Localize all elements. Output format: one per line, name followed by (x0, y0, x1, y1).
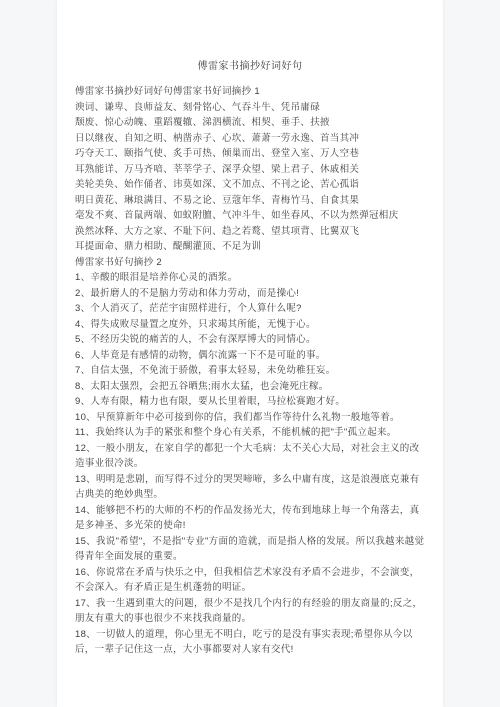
sentence-item: 4、得失成败尽量置之度外，只求竭其所能，无愧于心。 (75, 317, 429, 333)
word-line: 毫发不爽、首鼠两端、如蚁附膻、气冲斗牛、如坐春风、不以为然弹冠相庆 (75, 208, 429, 224)
word-line: 谀词、谦卑、良师益友、刻骨铭心、气吞斗牛、凭吊庸碌 (75, 100, 429, 116)
word-line: 明日黄花、琳琅满目、不易之论、豆蔻年华、青梅竹马、自食其果 (75, 193, 429, 209)
section-1-heading: 傅雷家书摘抄好词好句傅雷家书好词摘抄 1 (75, 84, 429, 100)
sentence-item: 15、我说"希望"，不是指"专业"方面的造就，而是指人格的发展。所以我越来越觉得… (75, 534, 429, 565)
sentence-item: 8、太阳太强烈，会把五谷晒焦;雨水太猛，也会淹死庄稼。 (75, 379, 429, 395)
sentence-item: 11、我始终认为手的紧张和整个身心有关系，不能机械的把"手"孤立起来。 (75, 425, 429, 441)
document-page: 傅雷家书摘抄好词好句 傅雷家书摘抄好词好句傅雷家书好词摘抄 1 谀词、谦卑、良师… (57, 0, 443, 707)
sentence-item: 16、你说常在矛盾与快乐之中，但我相信艺术家没有矛盾不会进步，不会演变，不会深入… (75, 565, 429, 596)
word-line: 日以继夜、自知之明、枘凿赤子、心坎、萧萧一劳永逸、首当其冲 (75, 131, 429, 147)
sentence-item: 14、能够把不朽的大师的不朽的作品发扬光大，传布到地球上每一个角落去，真是多神圣… (75, 503, 429, 534)
sentence-item: 6、人毕竟是有感情的动物，偶尔流露一下不是可耻的事。 (75, 348, 429, 364)
word-line: 巧夺天工、颐指气使、炙手可热、倾巢而出、登堂入室、万人空巷 (75, 146, 429, 162)
sentence-item: 13、明明是悲剧，而写得不过分的哭哭啼啼，多么中庸有度，这是浪漫底克兼有古典美的… (75, 472, 429, 503)
sentence-item: 3、个人消灭了，茫茫宇宙照样进行，个人算什么呢? (75, 301, 429, 317)
word-line: 颓废、惊心动魄、重蹈覆辙、涕泗横流、相契、垂手、扶掖 (75, 115, 429, 131)
word-line: 涣然冰释、大方之家、不耻下问、趋之若鹜、望其项背、比翼双飞 (75, 224, 429, 240)
word-line: 耳提面命、鼎力相助、醍醐灌顶、不足为训 (75, 239, 429, 255)
section-2-heading: 傅雷家书好句摘抄 2 (75, 255, 429, 271)
word-line: 耳熟能详、万马齐喑、莘莘学子、深孚众望、梁上君子、休戚相关 (75, 162, 429, 178)
sentence-item: 17、我一生遇到重大的问题，很少不是找几个内行的有经验的朋友商量的;反之，朋友有… (75, 596, 429, 627)
word-line: 美轮美奂、始作俑者、讳莫如深、文不加点、不刊之论、苦心孤诣 (75, 177, 429, 193)
sentence-item: 2、最折磨人的不是脑力劳动和体力劳动，而是操心! (75, 286, 429, 302)
sentence-item: 18、一切做人的道理，你心里无不明白，吃亏的是没有事实表现;希望你从今以后，一辈… (75, 627, 429, 658)
page-title: 傅雷家书摘抄好词好句 (57, 57, 443, 72)
sentence-item: 12、一般小朋友，在家自学的都犯一个大毛病：太不关心大局，对社会主义的改造事业很… (75, 441, 429, 472)
sentence-item: 7、自信太强，不免流于骄傲，看事太轻易，未免幼稚狂妄。 (75, 363, 429, 379)
sentence-item: 10、早预算新年中必可接到你的信，我们都当作等待什么礼物一般地等着。 (75, 410, 429, 426)
document-body: 傅雷家书摘抄好词好句傅雷家书好词摘抄 1 谀词、谦卑、良师益友、刻骨铭心、气吞斗… (75, 84, 429, 658)
sentence-item: 5、不经历尖锐的痛苦的人，不会有深厚博大的同情心。 (75, 332, 429, 348)
sentence-item: 9、人寿有限，精力也有限，要从长里着眼，马拉松赛跑才好。 (75, 394, 429, 410)
sentence-item: 1、辛酸的眼泪是培养你心灵的酒浆。 (75, 270, 429, 286)
